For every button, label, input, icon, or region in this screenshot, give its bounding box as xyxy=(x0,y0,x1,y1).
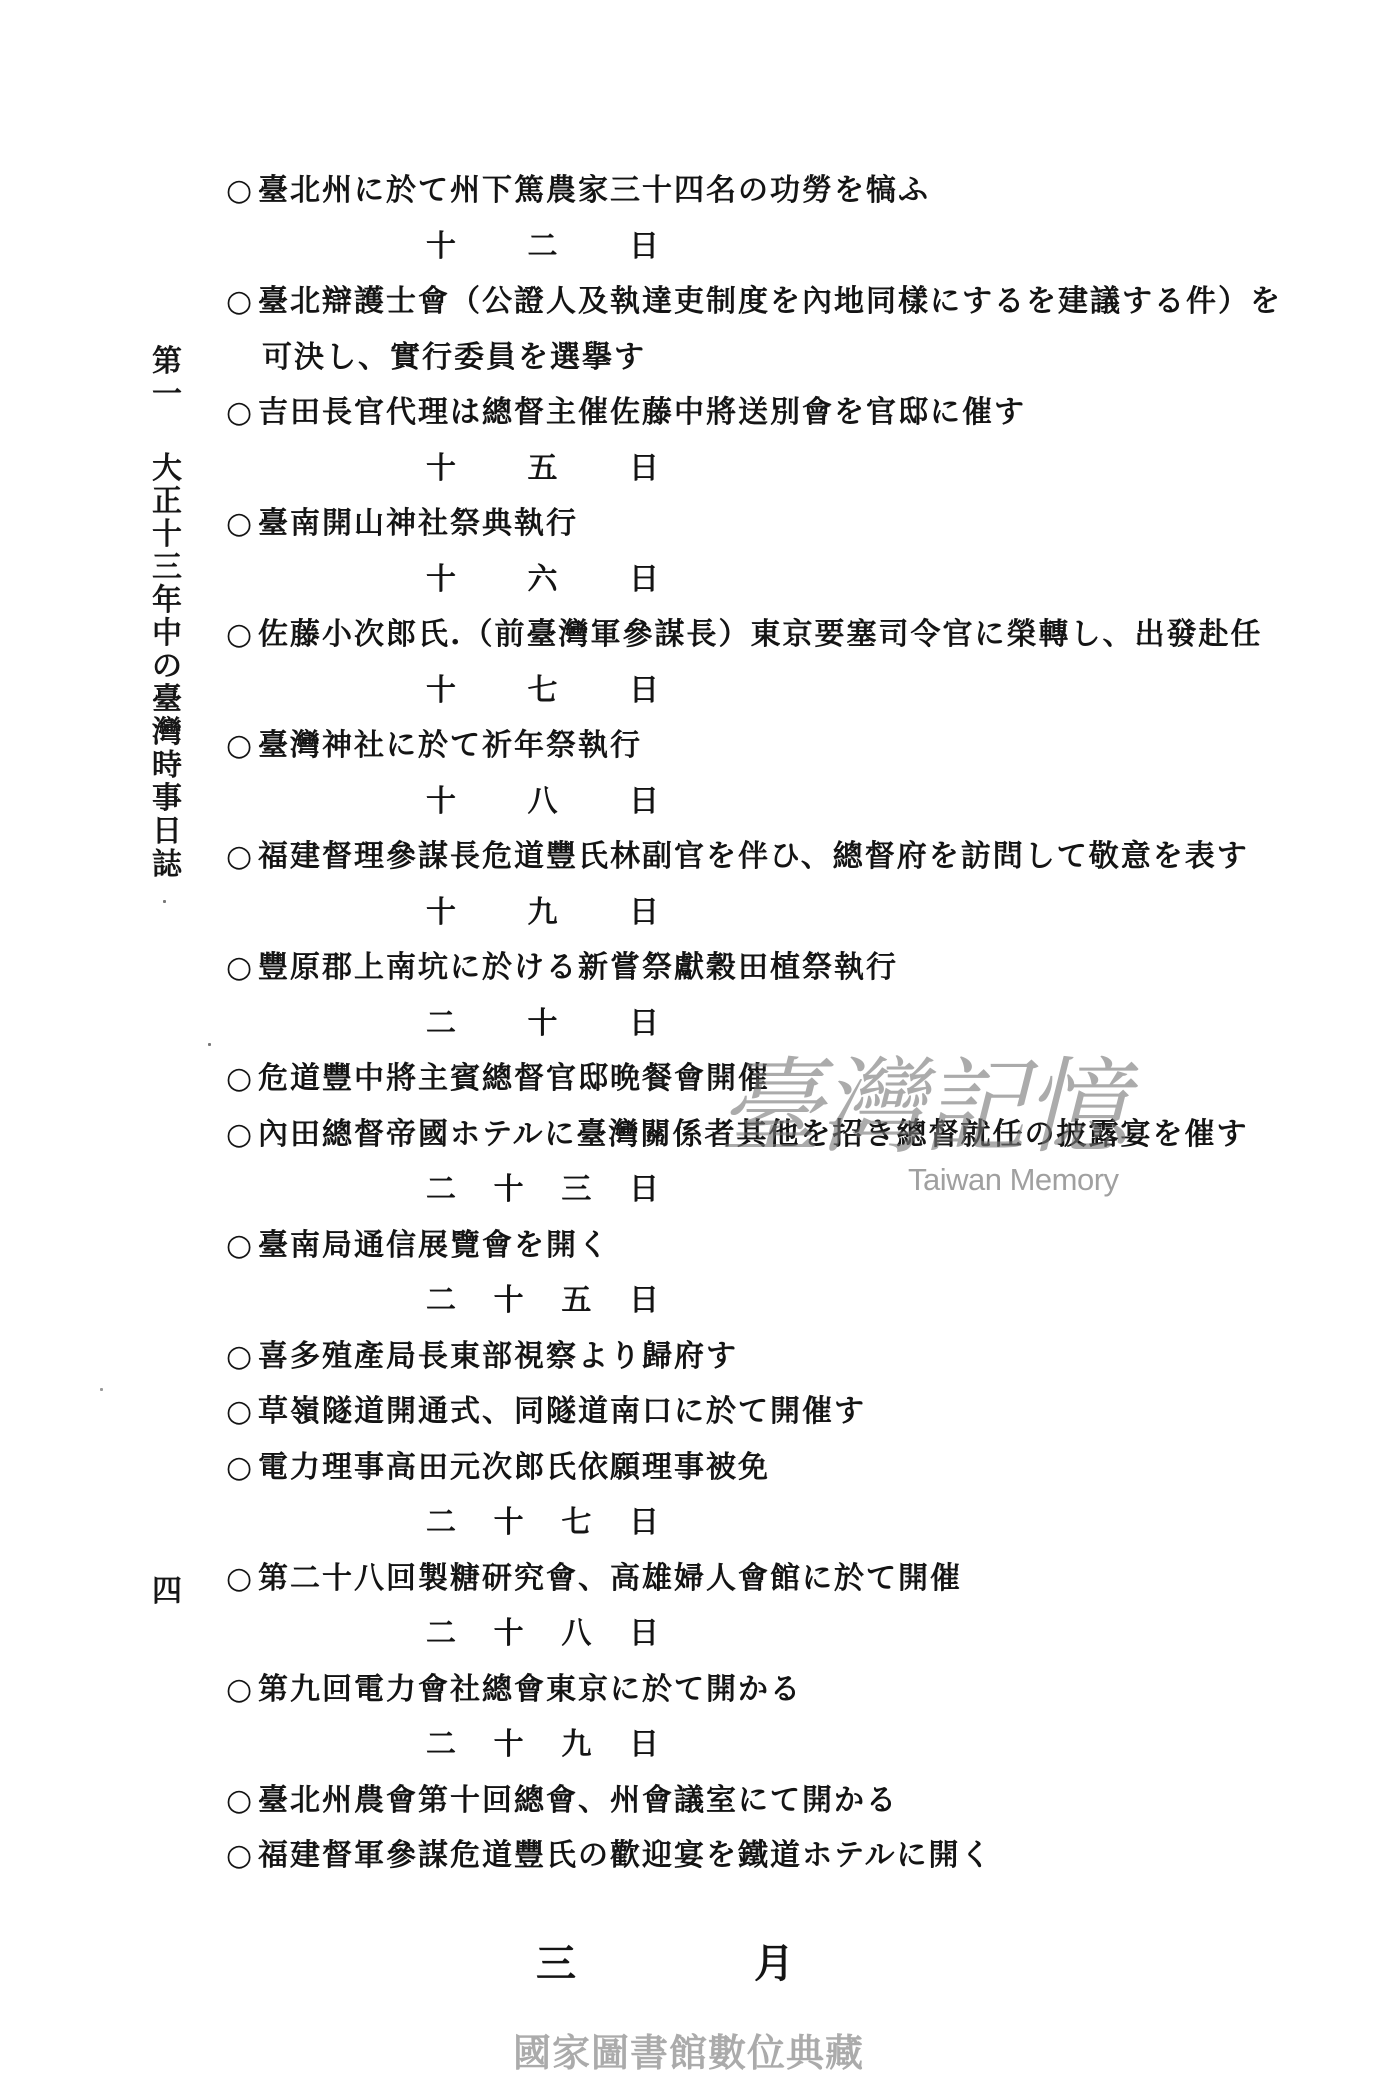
diary-entry-text: 豐原郡上南坑に於ける新嘗祭獻穀田植祭執行 xyxy=(258,950,898,985)
diary-entry: ○臺北州に於て州下篤農家三十四名の功勞を犒ふ xyxy=(226,171,930,211)
date-heading: 十五日 xyxy=(425,449,660,489)
margin-section-label: 第 一 xyxy=(150,345,184,411)
date-heading-char: 日 xyxy=(628,782,660,822)
margin-char: 大 xyxy=(152,452,182,485)
diary-entry: ○第二十八回製糖研究會、高雄婦人會館に於て開催 xyxy=(226,1559,962,1599)
circle-bullet-icon: ○ xyxy=(226,282,258,322)
date-heading-char: 十 xyxy=(493,1170,525,1210)
margin-char: 三 xyxy=(152,551,182,584)
diary-entry: ○臺灣神社に於て祈年祭執行 xyxy=(226,726,642,766)
diary-entry: ○福建督軍參謀危道豐氏の歡迎宴を鐵道ホテルに開く xyxy=(226,1836,993,1876)
margin-char: 事 xyxy=(152,782,182,815)
diary-entry-text: 第二十八回製糖研究會、高雄婦人會館に於て開催 xyxy=(258,1561,962,1596)
taiwan-memory-watermark-logo: 臺灣記憶 xyxy=(718,1042,1138,1172)
date-heading-char: 日 xyxy=(628,893,660,933)
diary-entry: ○喜多殖產局長東部視察より歸府す xyxy=(226,1337,738,1377)
date-heading-char: 二 xyxy=(527,227,559,267)
circle-bullet-icon: ○ xyxy=(226,393,258,433)
date-heading-char: 二 xyxy=(425,1004,457,1044)
date-heading: 二十日 xyxy=(425,1004,660,1044)
date-heading-char: 十 xyxy=(493,1725,525,1765)
date-heading-char: 日 xyxy=(628,1614,660,1654)
circle-bullet-icon: ○ xyxy=(226,1781,258,1821)
diary-entry: ○臺北州農會第十回總會、州會議室にて開かる xyxy=(226,1781,898,1821)
date-heading-char: 二 xyxy=(425,1725,457,1765)
diary-entry: ○草嶺隧道開通式、同隧道南口に於て開催す xyxy=(226,1392,866,1432)
diary-entry: ○臺北辯護士會（公證人及執達吏制度を內地同樣にするを建議する件）を xyxy=(226,282,1282,322)
circle-bullet-icon: ○ xyxy=(226,1448,258,1488)
margin-running-title: 大 正 十 三 年 中 の 臺 灣 時 事 日 誌 xyxy=(150,452,184,881)
page-number: 四 xyxy=(150,1575,184,1608)
date-heading: 二十八日 xyxy=(425,1614,660,1654)
diary-entry: ○電力理事高田元次郎氏依願理事被免 xyxy=(226,1448,770,1488)
date-heading-char: 五 xyxy=(560,1281,592,1321)
scan-speck xyxy=(208,1043,211,1046)
month-heading-char: 三 xyxy=(536,1940,576,1988)
margin-char: 灣 xyxy=(152,716,182,749)
diary-entry-text: 電力理事高田元次郎氏依願理事被免 xyxy=(258,1450,770,1485)
date-heading: 二十三日 xyxy=(425,1170,660,1210)
date-heading-char: 十 xyxy=(527,1004,559,1044)
date-heading-char: 二 xyxy=(425,1503,457,1543)
diary-entry-text: 危道豐中將主賓總督官邸晩餐會開催 xyxy=(258,1061,770,1096)
margin-char: 誌 xyxy=(152,848,182,881)
diary-entry-text: 吉田長官代理は總督主催佐藤中將送別會を官邸に催す xyxy=(258,395,1026,430)
circle-bullet-icon: ○ xyxy=(226,726,258,766)
month-heading: 三 月 xyxy=(536,1940,794,1988)
date-heading-char: 五 xyxy=(527,449,559,489)
diary-entry-text: 臺北辯護士會（公證人及執達吏制度を內地同樣にするを建議する件）を xyxy=(258,284,1282,319)
margin-char: 正 xyxy=(152,485,182,518)
diary-entry-text: 福建督軍參謀危道豐氏の歡迎宴を鐵道ホテルに開く xyxy=(258,1838,993,1873)
diary-entry: ○第九回電力會社總會東京に於て開かる xyxy=(226,1670,802,1710)
date-heading-char: 十 xyxy=(493,1503,525,1543)
date-heading-char: 三 xyxy=(560,1170,592,1210)
diary-entry-text: 草嶺隧道開通式、同隧道南口に於て開催す xyxy=(258,1394,866,1429)
circle-bullet-icon: ○ xyxy=(226,1836,258,1876)
date-heading-char: 六 xyxy=(527,560,559,600)
date-heading: 二十五日 xyxy=(425,1281,660,1321)
margin-char: の xyxy=(152,650,182,683)
margin-char: 第 xyxy=(152,345,182,378)
date-heading-char: 九 xyxy=(560,1725,592,1765)
date-heading-char: 二 xyxy=(425,1170,457,1210)
scan-speck xyxy=(163,900,166,903)
diary-entry-text: 臺南局通信展覽會を開く xyxy=(258,1228,610,1263)
date-heading: 十八日 xyxy=(425,782,660,822)
circle-bullet-icon: ○ xyxy=(226,504,258,544)
date-heading: 十六日 xyxy=(425,560,660,600)
circle-bullet-icon: ○ xyxy=(226,837,258,877)
margin-char: 日 xyxy=(152,815,182,848)
scanned-document-page: 第 一 大 正 十 三 年 中 の 臺 灣 時 事 日 誌 四 ○臺北州に於て州… xyxy=(0,0,1400,2100)
circle-bullet-icon: ○ xyxy=(226,1392,258,1432)
circle-bullet-icon: ○ xyxy=(226,1337,258,1377)
diary-entry: ○佐藤小次郎氏.（前臺灣軍參謀長）東京要塞司令官に榮轉し、出發赴任 xyxy=(226,615,1262,655)
scan-speck xyxy=(100,1388,103,1391)
date-heading-char: 日 xyxy=(628,671,660,711)
diary-entry: ○吉田長官代理は總督主催佐藤中將送別會を官邸に催す xyxy=(226,393,1026,433)
month-heading-char: 月 xyxy=(754,1940,794,1988)
diary-entry-text: 第九回電力會社總會東京に於て開かる xyxy=(258,1672,802,1707)
margin-char: 時 xyxy=(152,749,182,782)
margin-char: 中 xyxy=(152,617,182,650)
date-heading-char: 十 xyxy=(425,227,457,267)
date-heading-char: 日 xyxy=(628,1503,660,1543)
date-heading-char: 九 xyxy=(527,893,559,933)
circle-bullet-icon: ○ xyxy=(226,1670,258,1710)
diary-entry-text: 喜多殖產局長東部視察より歸府す xyxy=(258,1339,738,1374)
library-collection-credit: 國家圖書館數位典藏 xyxy=(513,2028,885,2078)
taiwan-memory-watermark-subtitle: Taiwan Memory xyxy=(908,1160,1119,1200)
margin-char: 十 xyxy=(152,518,182,551)
diary-entry: ○危道豐中將主賓總督官邸晩餐會開催 xyxy=(226,1059,770,1099)
diary-entry: ○臺南局通信展覽會を開く xyxy=(226,1226,610,1266)
date-heading-char: 十 xyxy=(425,671,457,711)
diary-entry: ○豐原郡上南坑に於ける新嘗祭獻穀田植祭執行 xyxy=(226,948,898,988)
date-heading-char: 日 xyxy=(628,1004,660,1044)
date-heading-char: 日 xyxy=(628,227,660,267)
margin-char: 一 xyxy=(152,378,182,411)
date-heading-char: 日 xyxy=(628,449,660,489)
diary-entry-text: 佐藤小次郎氏.（前臺灣軍參謀長）東京要塞司令官に榮轉し、出發赴任 xyxy=(258,617,1262,652)
margin-char: 年 xyxy=(152,584,182,617)
circle-bullet-icon: ○ xyxy=(226,1559,258,1599)
date-heading: 二十七日 xyxy=(425,1503,660,1543)
date-heading: 十二日 xyxy=(425,227,660,267)
circle-bullet-icon: ○ xyxy=(226,1115,258,1155)
date-heading-char: 二 xyxy=(425,1281,457,1321)
date-heading: 十七日 xyxy=(425,671,660,711)
date-heading-char: 日 xyxy=(628,560,660,600)
diary-entry-text: 臺灣神社に於て祈年祭執行 xyxy=(258,728,642,763)
date-heading-char: 七 xyxy=(560,1503,592,1543)
date-heading-char: 十 xyxy=(425,782,457,822)
circle-bullet-icon: ○ xyxy=(226,1059,258,1099)
date-heading-char: 十 xyxy=(425,893,457,933)
circle-bullet-icon: ○ xyxy=(226,1226,258,1266)
date-heading-char: 十 xyxy=(425,449,457,489)
circle-bullet-icon: ○ xyxy=(226,948,258,988)
date-heading-char: 七 xyxy=(527,671,559,711)
circle-bullet-icon: ○ xyxy=(226,171,258,211)
date-heading: 十九日 xyxy=(425,893,660,933)
date-heading-char: 二 xyxy=(425,1614,457,1654)
diary-entry-text: 臺南開山神社祭典執行 xyxy=(258,506,578,541)
diary-entry: ○福建督理參謀長危道豐氏林副官を伴ひ、總督府を訪問して敬意を表す xyxy=(226,837,1249,877)
diary-entry-text: 可決し、實行委員を選擧す xyxy=(262,340,646,375)
diary-entry-text: 臺北州農會第十回總會、州會議室にて開かる xyxy=(258,1783,898,1818)
date-heading-char: 十 xyxy=(493,1614,525,1654)
diary-entry: ○臺南開山神社祭典執行 xyxy=(226,504,578,544)
margin-char: 臺 xyxy=(152,683,182,716)
diary-entry-continuation: 可決し、實行委員を選擧す xyxy=(262,338,646,378)
page-number-text: 四 xyxy=(152,1575,182,1608)
circle-bullet-icon: ○ xyxy=(226,615,258,655)
date-heading-char: 日 xyxy=(628,1170,660,1210)
diary-entry-text: 臺北州に於て州下篤農家三十四名の功勞を犒ふ xyxy=(258,173,930,208)
date-heading-char: 日 xyxy=(628,1725,660,1765)
date-heading-char: 八 xyxy=(527,782,559,822)
date-heading: 二十九日 xyxy=(425,1725,660,1765)
diary-entry-text: 福建督理參謀長危道豐氏林副官を伴ひ、總督府を訪問して敬意を表す xyxy=(258,839,1249,874)
date-heading-char: 日 xyxy=(628,1281,660,1321)
date-heading-char: 十 xyxy=(493,1281,525,1321)
date-heading-char: 十 xyxy=(425,560,457,600)
date-heading-char: 八 xyxy=(560,1614,592,1654)
